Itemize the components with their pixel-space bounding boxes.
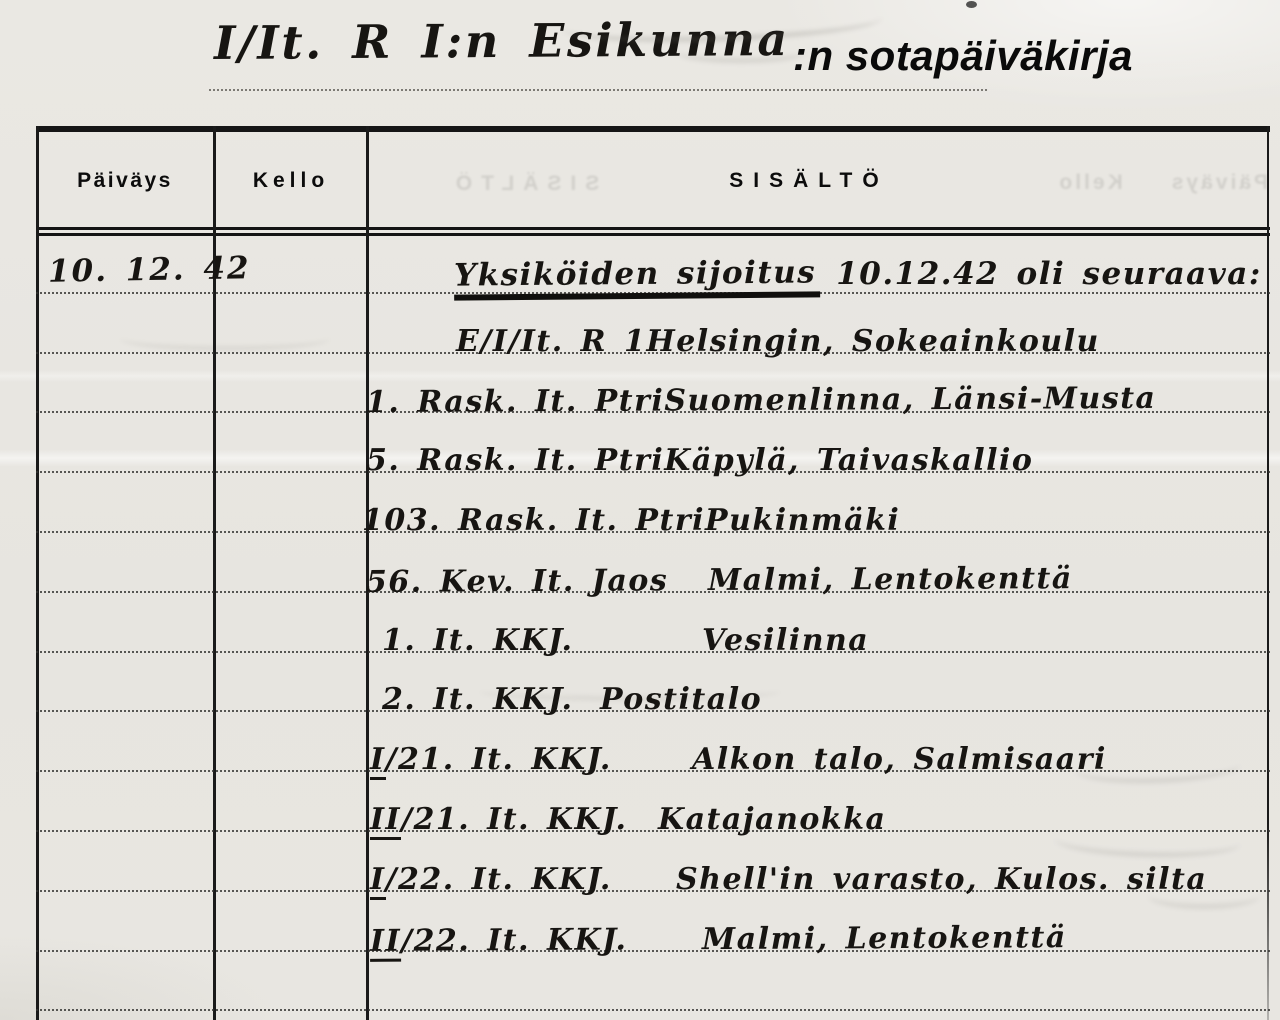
bleedthrough-mark <box>676 42 806 63</box>
diary-row: I/22. It. KKJ.Shell'in varasto, Kulos. s… <box>36 832 1270 892</box>
title-printed-suffix: :n sotapäiväkirja <box>793 32 1133 80</box>
diary-row: II/22. It. KKJ.Malmi, Lentokenttä <box>36 892 1270 952</box>
diary-row: 2. It. KKJ.Postitalo <box>36 653 1270 713</box>
diary-row: 5. Rask. It. PtriKäpylä, Taivaskallio <box>36 413 1270 473</box>
diary-row: 56. Kev. It. JaosMalmi, Lentokenttä <box>36 533 1270 593</box>
scanned-war-diary-page: I/It. R I:n Esikunna :n sotapäiväkirja P… <box>0 0 1280 1020</box>
title-blank-line <box>209 89 987 91</box>
diary-row: II/21. It. KKJ.Katajanokka <box>36 772 1270 832</box>
bleedthrough-header-date-time: PäiväysKello <box>988 171 1268 195</box>
bleedthrough-header-content: SISÄLTÖ <box>408 172 638 196</box>
dust-speck <box>966 1 977 8</box>
diary-row: 1. Rask. It. PtriSuomenlinna, Länsi-Must… <box>36 354 1270 414</box>
column-header-date: Päiväys <box>36 169 214 193</box>
bleedthrough-header-date-text: Päiväys <box>1169 171 1268 194</box>
diary-row: 10. 12. 42 Yksiköiden sijoitus10.12.42 o… <box>36 234 1270 294</box>
column-header-time: Kello <box>216 169 366 193</box>
diary-row: 1. It. KKJ.Vesilinna <box>36 593 1270 653</box>
diary-rows: 10. 12. 42 Yksiköiden sijoitus10.12.42 o… <box>36 234 1270 1011</box>
table-top-border <box>36 126 1270 132</box>
bleedthrough-header-time-text: Kello <box>1056 171 1122 194</box>
diary-row: E/I/It. R 1Helsingin, Sokeainkoulu <box>36 294 1270 354</box>
diary-row-empty <box>36 952 1270 1012</box>
entry-date: 10. 12. 42 <box>48 250 251 290</box>
diary-row: 103. Rask. It. PtriPukinmäki <box>36 473 1270 533</box>
entry-heading-rest: 10.12.42 oli seuraava: <box>836 256 1262 292</box>
diary-row: I/21. It. KKJ.Alkon talo, Salmisaari <box>36 712 1270 772</box>
entry-heading: Yksiköiden sijoitus10.12.42 oli seuraava… <box>454 256 1262 299</box>
